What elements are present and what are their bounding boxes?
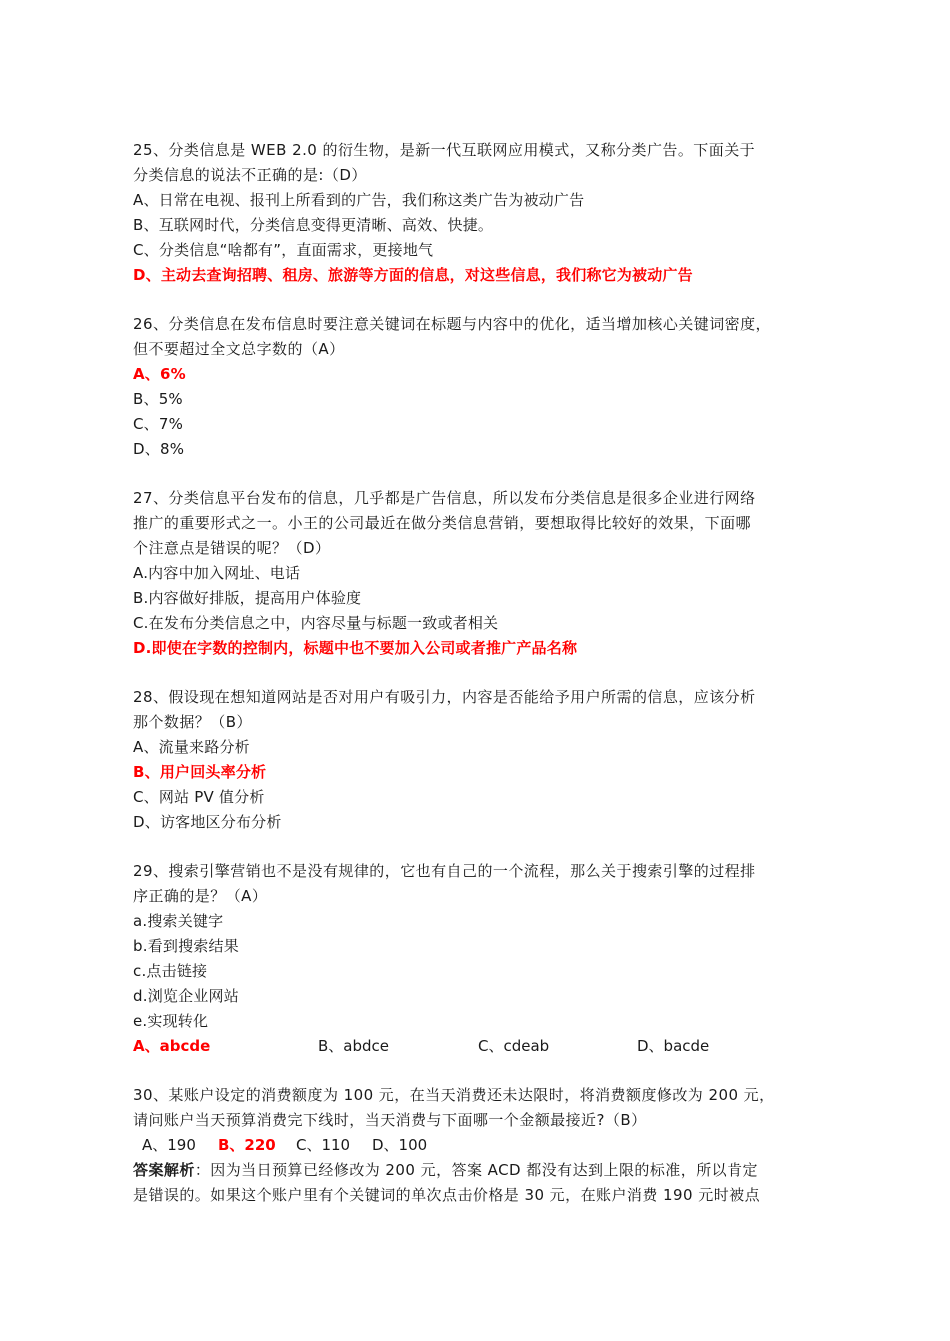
explanation-text: ：因为当日预算已经修改为 200 元，答案 ACD 都没有达到上限的标准，所以肯…	[195, 1161, 758, 1179]
step-e: e.实现转化	[133, 1009, 798, 1034]
question-line: 30、某账户设定的消费额度为 100 元，在当天消费还未达限时，将消费额度修改为…	[133, 1083, 798, 1108]
option-d-correct: D.即使在字数的控制内，标题中也不要加入公司或者推广产品名称	[133, 636, 798, 661]
question-29: 29、搜索引擎营销也不是没有规律的，它也有自己的一个流程，那么关于搜索引擎的过程…	[133, 859, 798, 1059]
explanation-line: 是错误的。如果这个账户里有个关键词的单次点击价格是 30 元，在账户消费 190…	[133, 1183, 798, 1208]
question-line: 个注意点是错误的呢？（D）	[133, 536, 798, 561]
question-text: 28、假设现在想知道网站是否对用户有吸引力，内容是否能给予用户所需的信息，应该分…	[133, 685, 798, 735]
option-b: B、5%	[133, 387, 798, 412]
step-d: d.浏览企业网站	[133, 984, 798, 1009]
option-b: B.内容做好排版，提高用户体验度	[133, 586, 798, 611]
question-line: 25、分类信息是 WEB 2.0 的衍生物，是新一代互联网应用模式，又称分类广告…	[133, 138, 798, 163]
question-28: 28、假设现在想知道网站是否对用户有吸引力，内容是否能给予用户所需的信息，应该分…	[133, 685, 798, 835]
option-a: A.内容中加入网址、电话	[133, 561, 798, 586]
option-c: C.在发布分类信息之中，内容尽量与标题一致或者相关	[133, 611, 798, 636]
question-line: 29、搜索引擎营销也不是没有规律的，它也有自己的一个流程，那么关于搜索引擎的过程…	[133, 859, 798, 884]
step-b: b.看到搜索结果	[133, 934, 798, 959]
question-text: 30、某账户设定的消费额度为 100 元，在当天消费还未达限时，将消费额度修改为…	[133, 1083, 798, 1133]
option-d: D、8%	[133, 437, 798, 462]
question-line: 推广的重要形式之一。小王的公司最近在做分类信息营销，要想取得比较好的效果，下面哪	[133, 511, 798, 536]
step-a: a.搜索关键字	[133, 909, 798, 934]
question-27: 27、分类信息平台发布的信息，几乎都是广告信息，所以发布分类信息是很多企业进行网…	[133, 486, 798, 661]
option-a: A、190	[142, 1133, 196, 1158]
option-c: C、分类信息“啥都有”，直面需求，更接地气	[133, 238, 798, 263]
option-d: D、访客地区分布分析	[133, 810, 798, 835]
question-line: 27、分类信息平台发布的信息，几乎都是广告信息，所以发布分类信息是很多企业进行网…	[133, 486, 798, 511]
option-b-correct: B、用户回头率分析	[133, 760, 798, 785]
question-text: 27、分类信息平台发布的信息，几乎都是广告信息，所以发布分类信息是很多企业进行网…	[133, 486, 798, 561]
option-c: C、7%	[133, 412, 798, 437]
document-page: 25、分类信息是 WEB 2.0 的衍生物，是新一代互联网应用模式，又称分类广告…	[133, 138, 798, 1232]
step-c: c.点击链接	[133, 959, 798, 984]
option-d-correct: D、主动去查询招聘、租房、旅游等方面的信息，对这些信息，我们称它为被动广告	[133, 263, 798, 288]
explanation-line: 答案解析：因为当日预算已经修改为 200 元，答案 ACD 都没有达到上限的标准…	[133, 1158, 798, 1183]
option-b: B、互联网时代，分类信息变得更清晰、高效、快捷。	[133, 213, 798, 238]
option-b-correct: B、220	[218, 1133, 276, 1158]
option-d: D、100	[372, 1133, 427, 1158]
options-row: A、abcde B、abdce C、cdeab D、bacde	[133, 1034, 798, 1059]
option-a-correct: A、6%	[133, 362, 798, 387]
option-c: C、cdeab	[478, 1034, 549, 1059]
question-line: 26、分类信息在发布信息时要注意关键词在标题与内容中的优化，适当增加核心关键词密…	[133, 312, 798, 337]
question-text: 26、分类信息在发布信息时要注意关键词在标题与内容中的优化，适当增加核心关键词密…	[133, 312, 798, 362]
option-c: C、网站 PV 值分析	[133, 785, 798, 810]
question-line: 但不要超过全文总字数的（A）	[133, 337, 798, 362]
question-30: 30、某账户设定的消费额度为 100 元，在当天消费还未达限时，将消费额度修改为…	[133, 1083, 798, 1208]
explanation-label: 答案解析	[133, 1161, 195, 1179]
options-row: A、190 B、220 C、110 D、100	[133, 1133, 798, 1158]
question-26: 26、分类信息在发布信息时要注意关键词在标题与内容中的优化，适当增加核心关键词密…	[133, 312, 798, 462]
option-a: A、流量来路分析	[133, 735, 798, 760]
question-line: 序正确的是？（A）	[133, 884, 798, 909]
question-line: 分类信息的说法不正确的是:（D）	[133, 163, 798, 188]
question-text: 29、搜索引擎营销也不是没有规律的，它也有自己的一个流程，那么关于搜索引擎的过程…	[133, 859, 798, 909]
option-c: C、110	[296, 1133, 350, 1158]
question-line: 那个数据？（B）	[133, 710, 798, 735]
option-a: A、日常在电视、报刊上所看到的广告，我们称这类广告为被动广告	[133, 188, 798, 213]
question-line: 请问账户当天预算消费完下线时，当天消费与下面哪一个金额最接近?（B）	[133, 1108, 798, 1133]
question-25: 25、分类信息是 WEB 2.0 的衍生物，是新一代互联网应用模式，又称分类广告…	[133, 138, 798, 288]
option-d: D、bacde	[637, 1034, 709, 1059]
option-a-correct: A、abcde	[133, 1034, 210, 1059]
option-b: B、abdce	[318, 1034, 389, 1059]
question-line: 28、假设现在想知道网站是否对用户有吸引力，内容是否能给予用户所需的信息，应该分…	[133, 685, 798, 710]
explanation: 答案解析：因为当日预算已经修改为 200 元，答案 ACD 都没有达到上限的标准…	[133, 1158, 798, 1208]
question-text: 25、分类信息是 WEB 2.0 的衍生物，是新一代互联网应用模式，又称分类广告…	[133, 138, 798, 188]
